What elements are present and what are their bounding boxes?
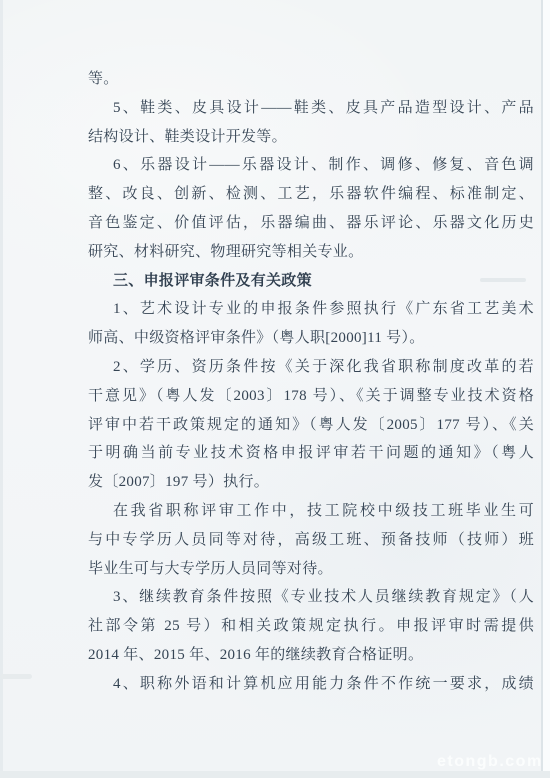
text-line: 等。	[88, 65, 534, 94]
scan-bottom-edge	[0, 771, 550, 778]
scan-left-edge	[0, 0, 3, 778]
scan-right-margin	[543, 0, 550, 778]
text-line: 6、乐器设计——乐器设计、制作、调修、修复、音色调	[88, 151, 534, 180]
text-line: 与中专学历人员同等对待，高级工班、预备技师（技师）班	[88, 526, 534, 555]
text-line: 评审中若干政策规定的通知》（粤人发〔2005〕177 号）、《关	[88, 411, 534, 440]
text-line: 在我省职称评审工作中，技工院校中级技工班毕业生可	[88, 497, 534, 526]
text-line: 3、继续教育条件按照《专业技术人员继续教育规定》（人	[88, 583, 534, 612]
text-line: 2、学历、资历条件按《关于深化我省职称制度改革的若	[88, 353, 534, 382]
scan-smudge	[480, 278, 526, 282]
scanned-document-page: 等。 5、鞋类、皮具设计——鞋类、皮具产品造型设计、产品 结构设计、鞋类设计开发…	[0, 0, 550, 778]
text-line: 于明确当前专业技术资格申报评审若干问题的通知》（粤人	[88, 439, 534, 468]
text-line: 发〔2007〕197 号）执行。	[88, 468, 534, 497]
document-text-block: 等。 5、鞋类、皮具设计——鞋类、皮具产品造型设计、产品 结构设计、鞋类设计开发…	[88, 65, 534, 699]
text-line: 整、改良、创新、检测、工艺，乐器软件编程、标准制定、	[88, 180, 534, 209]
text-line: 5、鞋类、皮具设计——鞋类、皮具产品造型设计、产品	[88, 94, 534, 123]
text-line: 1、艺术设计专业的申报条件参照执行《广东省工艺美术	[88, 295, 534, 324]
text-line: 毕业生可与大专学历人员同等对待。	[88, 555, 534, 584]
text-line: 4、职称外语和计算机应用能力条件不作统一要求，成绩	[88, 670, 534, 699]
text-line: 研究、材料研究、物理研究等相关专业。	[88, 238, 534, 267]
text-line: 师高、中级资格评审条件》（粤人职[2000]11 号）。	[88, 324, 534, 353]
site-watermark: etongb.com	[437, 752, 543, 772]
text-line: 音色鉴定、价值评估，乐器编曲、器乐评论、乐器文化历史	[88, 209, 534, 238]
section-heading: 三、申报评审条件及有关政策	[88, 267, 534, 296]
scan-smudge	[0, 674, 32, 679]
text-line: 干意见》（粤人发〔2003〕178 号）、《关于调整专业技术资格	[88, 382, 534, 411]
text-line: 社部令第 25 号）和相关政策规定执行。申报评审时需提供	[88, 612, 534, 641]
text-line: 结构设计、鞋类设计开发等。	[88, 123, 534, 152]
text-line: 2014 年、2015 年、2016 年的继续教育合格证明。	[88, 641, 534, 670]
